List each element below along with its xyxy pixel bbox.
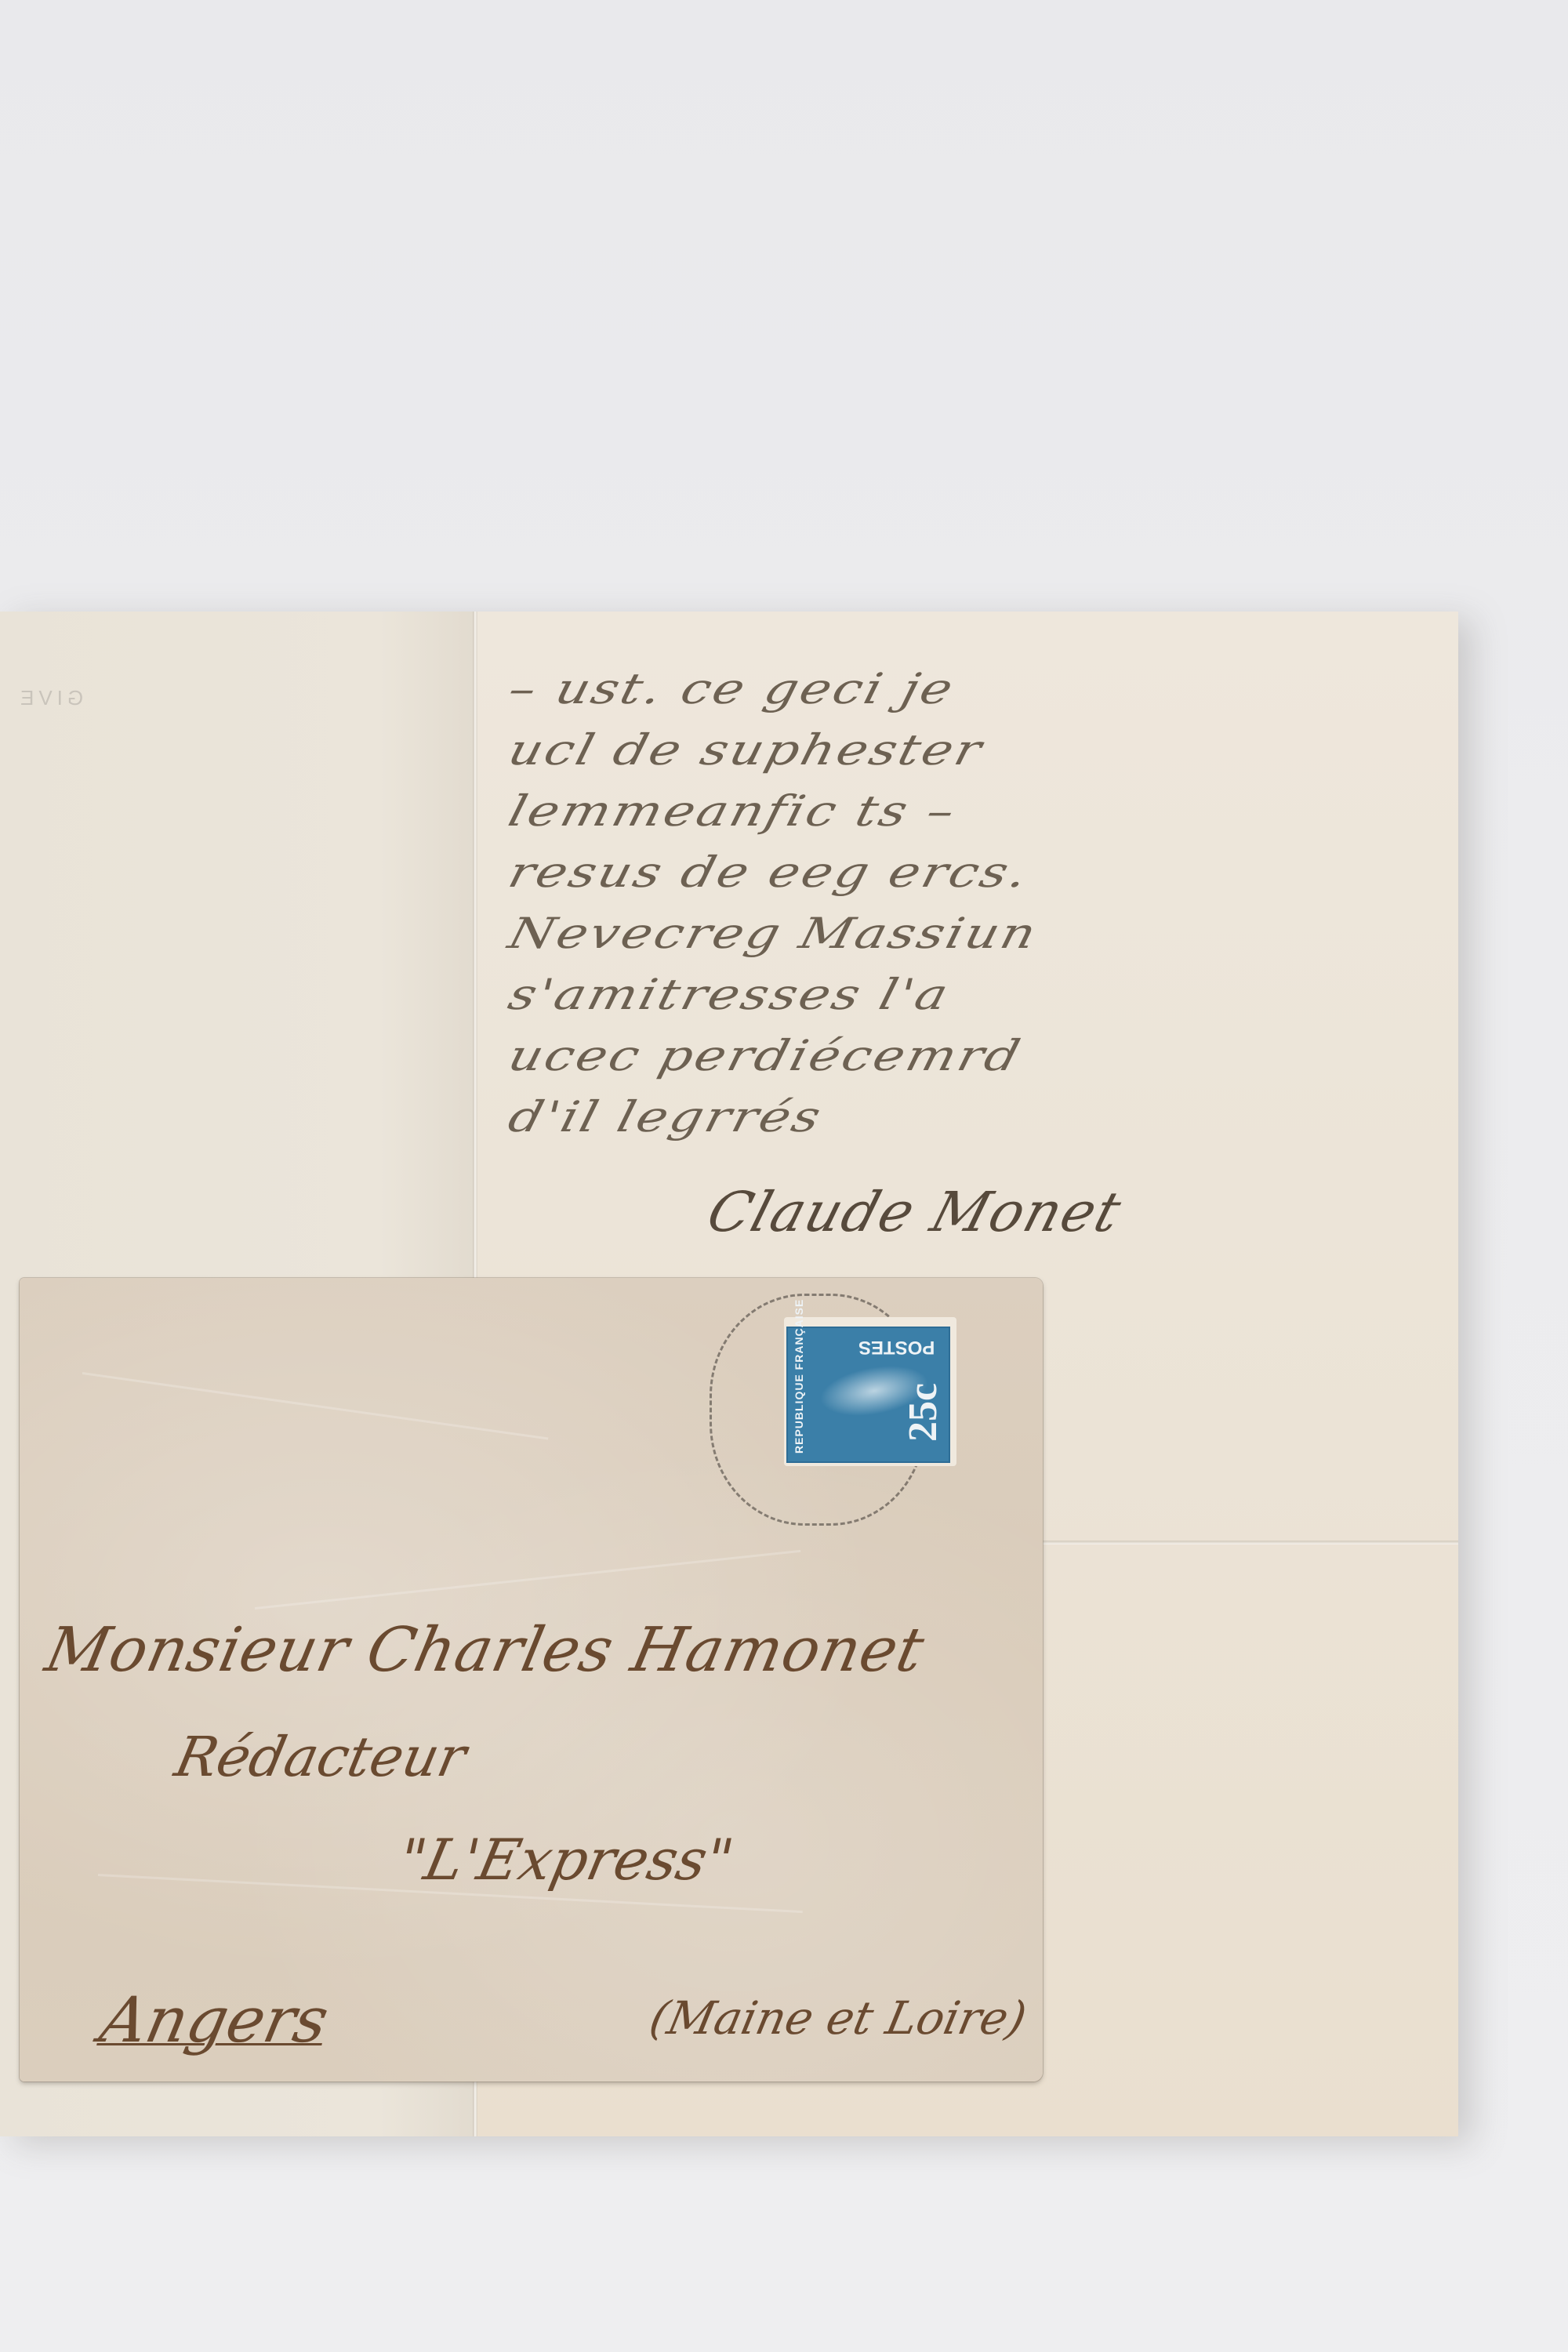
signature: Claude Monet xyxy=(700,1180,1129,1244)
postage-stamp: POSTES REPUBLIQUE FRANÇAISE 25c xyxy=(784,1317,956,1466)
stamp-label: POSTES xyxy=(858,1336,935,1358)
handwriting-line: ucl de suphester xyxy=(503,725,1425,775)
handwriting-line: resus de eeg ercs. xyxy=(503,848,1425,898)
handwriting-line: d'il legrrés xyxy=(503,1092,1425,1142)
photo-scene: GIVE – ust. ce geci je ucl de suphester … xyxy=(0,0,1568,2352)
letter-handwriting: – ust. ce geci je ucl de suphester lemme… xyxy=(510,659,1419,1148)
envelope-crease xyxy=(82,1372,549,1439)
envelope-crease xyxy=(255,1550,800,1610)
handwriting-line: lemmeanfic ts – xyxy=(503,786,1425,837)
handwriting-line: s'amitresses l'a xyxy=(503,970,1425,1020)
stamp-face: POSTES REPUBLIQUE FRANÇAISE 25c xyxy=(786,1327,950,1463)
recipient-department: (Maine et Loire) xyxy=(645,1991,1031,2045)
recipient-city: Angers xyxy=(94,1984,335,2056)
stamp-value: 25c xyxy=(900,1383,946,1442)
stamp-country: REPUBLIQUE FRANÇAISE xyxy=(793,1299,805,1454)
letterhead-bleed-through: GIVE xyxy=(16,686,83,710)
handwriting-line: ucec perdiécemrd xyxy=(503,1031,1425,1081)
handwriting-line: Nevecreg Massiun xyxy=(503,909,1425,959)
recipient-name: Monsieur Charles Hamonet xyxy=(39,1615,930,1686)
recipient-title: Rédacteur xyxy=(169,1725,471,1789)
recipient-newspaper: "L'Express" xyxy=(393,1827,739,1893)
handwriting-line: – ust. ce geci je xyxy=(503,664,1425,714)
